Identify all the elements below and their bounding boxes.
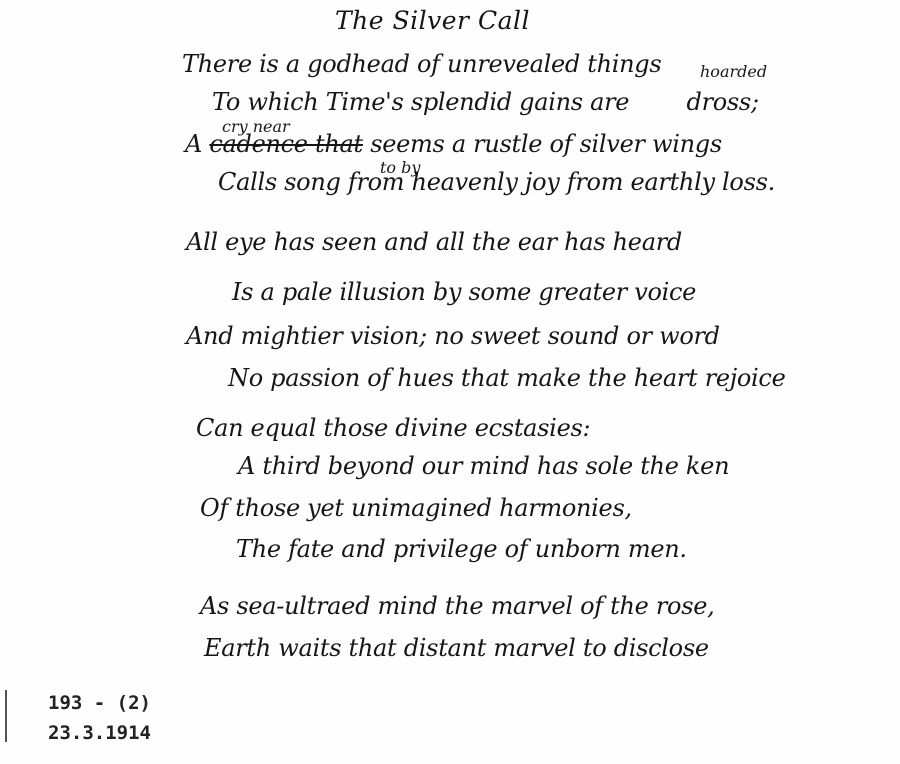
line-text: A third beyond our mind has sole the ken [238,452,729,480]
line-text: seems a rustle of silver wings [363,130,722,158]
poem-line: Of those yet unimagined harmonies, [200,494,632,522]
poem-line: The fate and privilege of unborn men. [236,535,687,563]
line-text: Of those yet unimagined harmonies, [200,494,632,522]
catalog-number: 193 - (2) [48,692,151,714]
line-text: No passion of hues that make the heart r… [228,364,785,392]
line-text: And mightier vision; no sweet sound or w… [186,322,720,350]
poem-line: All eye has seen and all the ear has hea… [186,228,682,256]
poem-line: There is a godhead of unrevealed things [182,50,661,78]
manuscript-page: The Silver Call There is a godhead of un… [0,0,900,764]
poem-line: And mightier vision; no sweet sound or w… [186,322,720,350]
struck-word: cadence that [209,130,363,158]
line-text: To which Time's splendid gains are [212,88,637,116]
line-text: There is a godhead of unrevealed things [182,50,661,78]
line-text: dross; [687,88,759,116]
line-text: Earth waits that distant marvel to discl… [204,634,709,662]
line-text: As sea-ultraed mind the marvel of the ro… [200,592,714,620]
poem-line: Earth waits that distant marvel to discl… [204,634,709,662]
poem-line: As sea-ultraed mind the marvel of the ro… [200,592,714,620]
line-text: All eye has seen and all the ear has hea… [186,228,682,256]
line-text: Calls song from heavenly joy from earthl… [218,168,775,196]
poem-line: A cadence that seems a rustle of silver … [185,130,722,158]
catalog-date: 23.3.1914 [48,722,151,744]
poem-line: Calls song from heavenly joy from earthl… [218,168,775,196]
insertion-note: hoarded [700,62,767,81]
poem-line: No passion of hues that make the heart r… [228,364,785,392]
line-text: Is a pale illusion by some greater voice [232,278,696,306]
margin-mark [5,690,7,742]
poem-line: Is a pale illusion by some greater voice [232,278,696,306]
poem-line: Can equal those divine ecstasies: [196,414,590,442]
line-text: Can equal those divine ecstasies: [196,414,590,442]
line-text: A [185,130,209,158]
poem-line: To which Time's splendid gains are dross… [212,88,759,116]
poem-title: The Silver Call [335,6,530,35]
line-text: The fate and privilege of unborn men. [236,535,687,563]
poem-line: A third beyond our mind has sole the ken [238,452,729,480]
